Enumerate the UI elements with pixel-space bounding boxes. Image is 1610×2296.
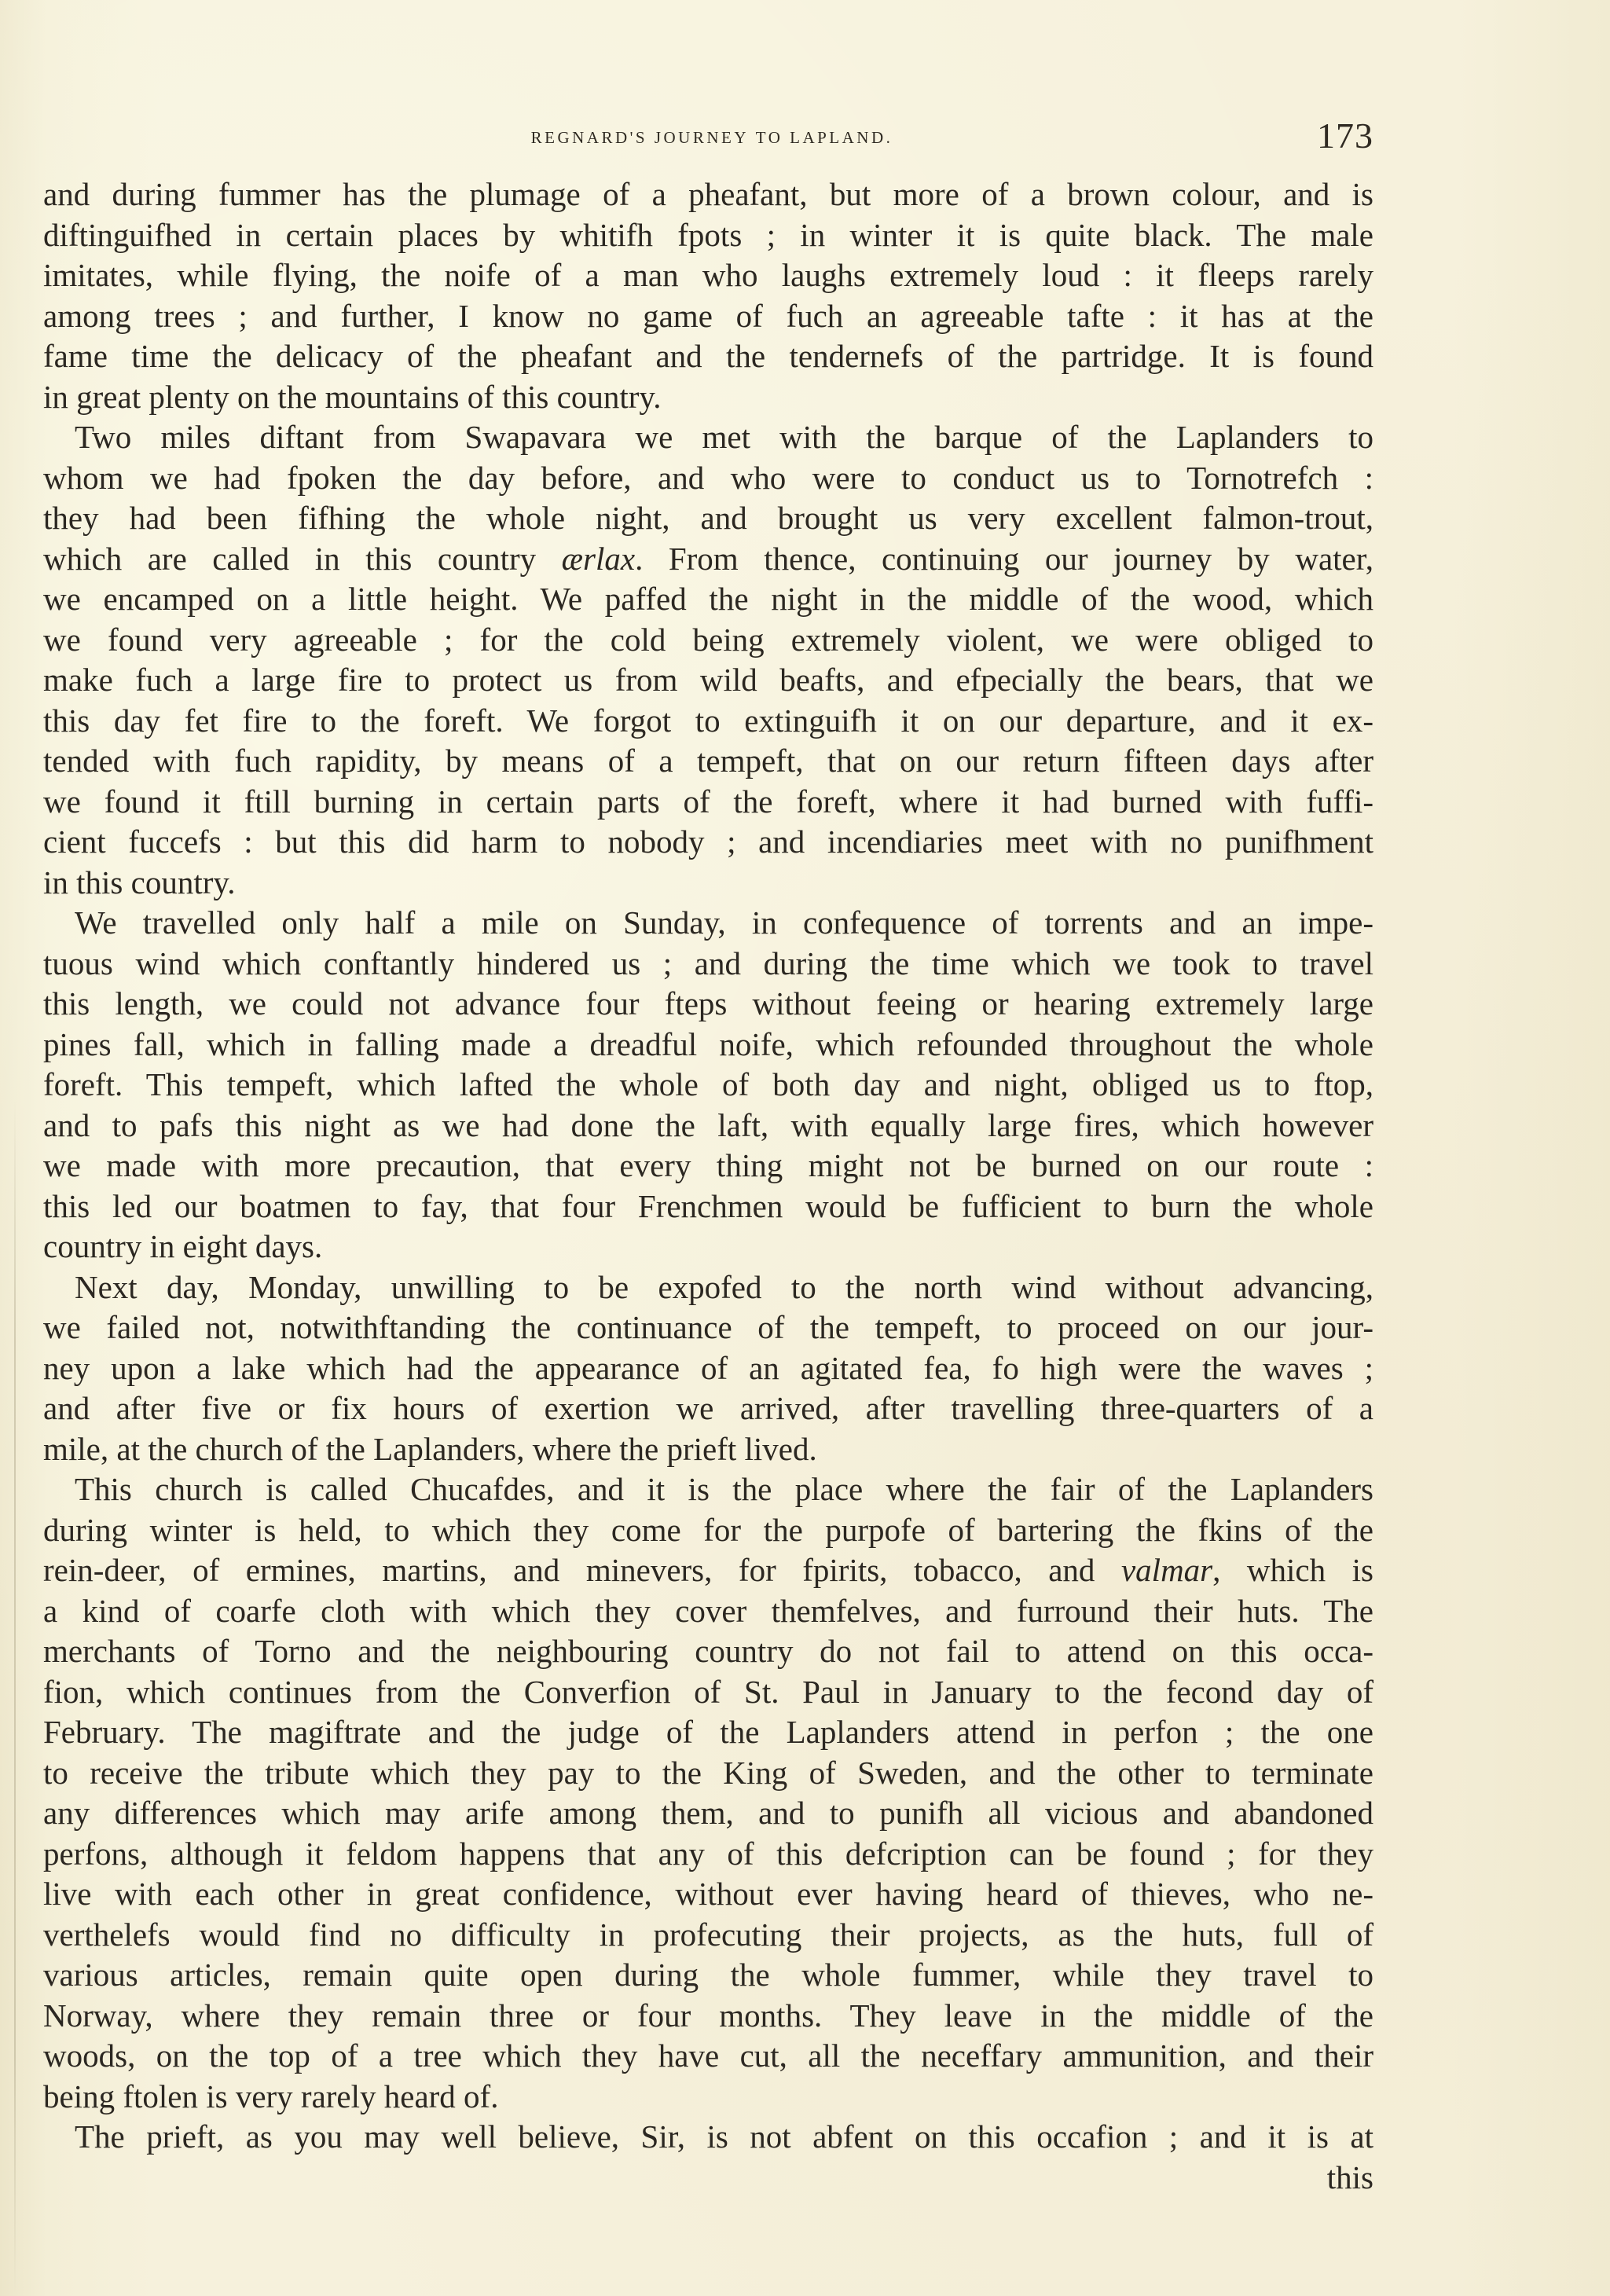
text-line: among trees ; and further, I know no gam… xyxy=(43,296,1373,337)
text-line: and during fummer has the plumage of a p… xyxy=(43,174,1373,215)
running-title: Regnard's Journey to Lapland. xyxy=(417,123,1007,149)
text-line: imitates, while flying, the noife of a m… xyxy=(43,255,1373,296)
text-line: verthelefs would find no difficulty in p… xyxy=(43,1915,1373,1956)
text-line: fion, which continues from the Converfio… xyxy=(43,1672,1373,1713)
text-line: we found it ftill burning in certain par… xyxy=(43,782,1373,823)
text-line: various articles, remain quite open duri… xyxy=(43,1955,1373,1996)
text-line: this day fet fire to the foreft. We forg… xyxy=(43,701,1373,742)
text-line: during winter is held, to which they com… xyxy=(43,1510,1373,1551)
italic-term: ærlax xyxy=(562,541,635,577)
text-line: live with each other in great confidence… xyxy=(43,1874,1373,1915)
text-line: fame time the delicacy of the pheafant a… xyxy=(43,336,1373,377)
text-line: to receive the tribute which they pay to… xyxy=(43,1753,1373,1794)
text-line: any differences which may arife among th… xyxy=(43,1793,1373,1834)
text-line: whom we had fpoken the day before, and w… xyxy=(43,458,1373,499)
body-text: and during fummer has the plumage of a p… xyxy=(43,174,1373,2198)
text-line: mile, at the church of the Laplanders, w… xyxy=(43,1429,1373,1470)
text-line: ney upon a lake which had the appearance… xyxy=(43,1348,1373,1389)
text-line: cient fuccefs : but this did harm to nob… xyxy=(43,822,1373,863)
text-line: tuous wind which conftantly hindered us … xyxy=(43,944,1373,985)
text-line: Two miles diftant from Swapavara we met … xyxy=(43,417,1373,458)
text-line: perfons, although it feldom happens that… xyxy=(43,1834,1373,1875)
text-line: pines fall, which in falling made a drea… xyxy=(43,1025,1373,1065)
text-line: make fuch a large fire to protect us fro… xyxy=(43,660,1373,701)
text-line: we found very agreeable ; for the cold b… xyxy=(43,620,1373,661)
text-line: this length, we could not advance four f… xyxy=(43,984,1373,1025)
text-line: woods, on the top of a tree which they h… xyxy=(43,2036,1373,2077)
text-line: merchants of Torno and the neighbouring … xyxy=(43,1631,1373,1672)
text-line: in this country. xyxy=(43,863,1373,904)
text-line: they had been fifhing the whole night, a… xyxy=(43,498,1373,539)
text-line: foreft. This tempeft, which lafted the w… xyxy=(43,1065,1373,1106)
page-number: 173 xyxy=(1317,115,1373,156)
text-line: we made with more precaution, that every… xyxy=(43,1146,1373,1187)
text-line: This church is called Chucafdes, and it … xyxy=(43,1469,1373,1510)
book-page: Regnard's Journey to Lapland. 173 and du… xyxy=(0,0,1610,2296)
text-line: Norway, where they remain three or four … xyxy=(43,1996,1373,2037)
text-line: country in eight days. xyxy=(43,1227,1373,1267)
text-line: in great plenty on the mountains of this… xyxy=(43,377,1373,418)
italic-term: valmar xyxy=(1121,1552,1212,1588)
text-line: We travelled only half a mile on Sunday,… xyxy=(43,903,1373,944)
text-line: a kind of coarfe cloth with which they c… xyxy=(43,1591,1373,1632)
running-head: Regnard's Journey to Lapland. 173 xyxy=(43,119,1373,159)
text-line: this led our boatmen to fay, that four F… xyxy=(43,1187,1373,1227)
text-line: and to pafs this night as we had done th… xyxy=(43,1106,1373,1146)
text-line: we encamped on a little height. We paffe… xyxy=(43,579,1373,620)
text-line: rein-deer, of ermines, martins, and mine… xyxy=(43,1550,1373,1591)
text-line: we failed not, notwithftanding the conti… xyxy=(43,1308,1373,1348)
catchword: this xyxy=(43,2158,1373,2199)
text-line: tended with fuch rapidity, by means of a… xyxy=(43,741,1373,782)
text-line: February. The magiftrate and the judge o… xyxy=(43,1712,1373,1753)
text-line: diftinguifhed in certain places by whiti… xyxy=(43,215,1373,256)
text-line: being ftolen is very rarely heard of. xyxy=(43,2077,1373,2118)
text-line: The prieft, as you may well believe, Sir… xyxy=(43,2117,1373,2158)
text-line: Next day, Monday, unwilling to be expofe… xyxy=(43,1267,1373,1308)
text-line: which are called in this country ærlax. … xyxy=(43,539,1373,580)
text-line: and after five or fix hours of exertion … xyxy=(43,1388,1373,1429)
